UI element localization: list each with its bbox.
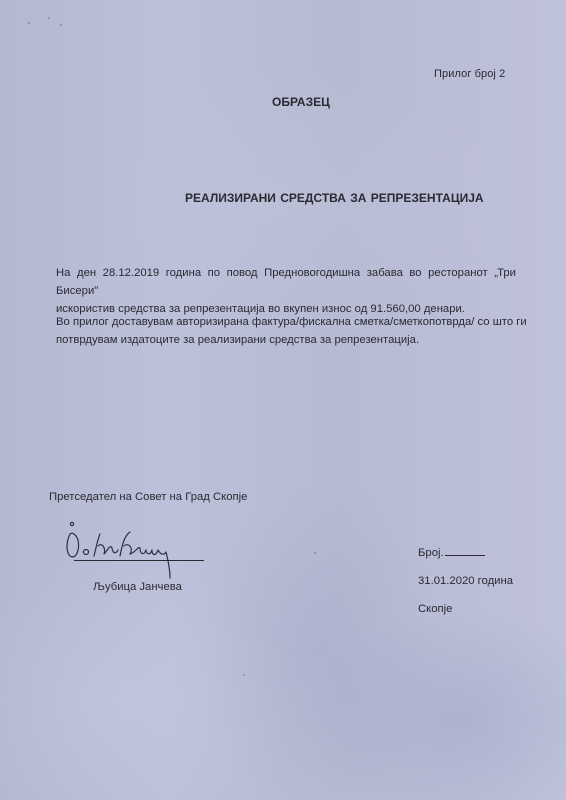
reference-number-blank — [445, 555, 485, 556]
paper-speck — [60, 24, 62, 26]
paper-speck — [243, 674, 245, 676]
paper-speck — [48, 17, 50, 19]
paragraph-line: На ден 28.12.2019 година по повод Предно… — [56, 264, 516, 300]
signatory-title: Претседател на Совет на Град Скопје — [49, 491, 247, 503]
document-page: Прилог број 2 ОБРАЗЕЦ РЕАЛИЗИРАНИ СРЕДСТ… — [0, 0, 566, 800]
paragraph-line: потврдувам издатоците за реализирани сре… — [56, 331, 518, 349]
signature-icon — [58, 520, 218, 580]
signatory-name: Љубица Јанчева — [93, 581, 182, 593]
document-date: 31.01.2020 година — [418, 575, 513, 587]
paragraph-line: Во прилог доставувам авторизирана фактур… — [56, 313, 518, 331]
paragraph-expense-statement: На ден 28.12.2019 година по повод Предно… — [56, 264, 518, 318]
form-label: ОБРАЗЕЦ — [272, 95, 330, 109]
document-place: Скопје — [418, 603, 452, 615]
reference-number: Број. — [418, 547, 485, 559]
paper-speck — [314, 552, 316, 554]
paper-speck — [28, 22, 30, 24]
signature-line — [74, 560, 204, 561]
paragraph-attachment-note: Во прилог доставувам авторизирана фактур… — [56, 313, 518, 349]
annex-label: Прилог број 2 — [434, 68, 505, 80]
document-title: РЕАЛИЗИРАНИ СРЕДСТВА ЗА РЕПРЕЗЕНТАЦИЈА — [185, 191, 484, 205]
reference-number-label: Број. — [418, 547, 444, 559]
